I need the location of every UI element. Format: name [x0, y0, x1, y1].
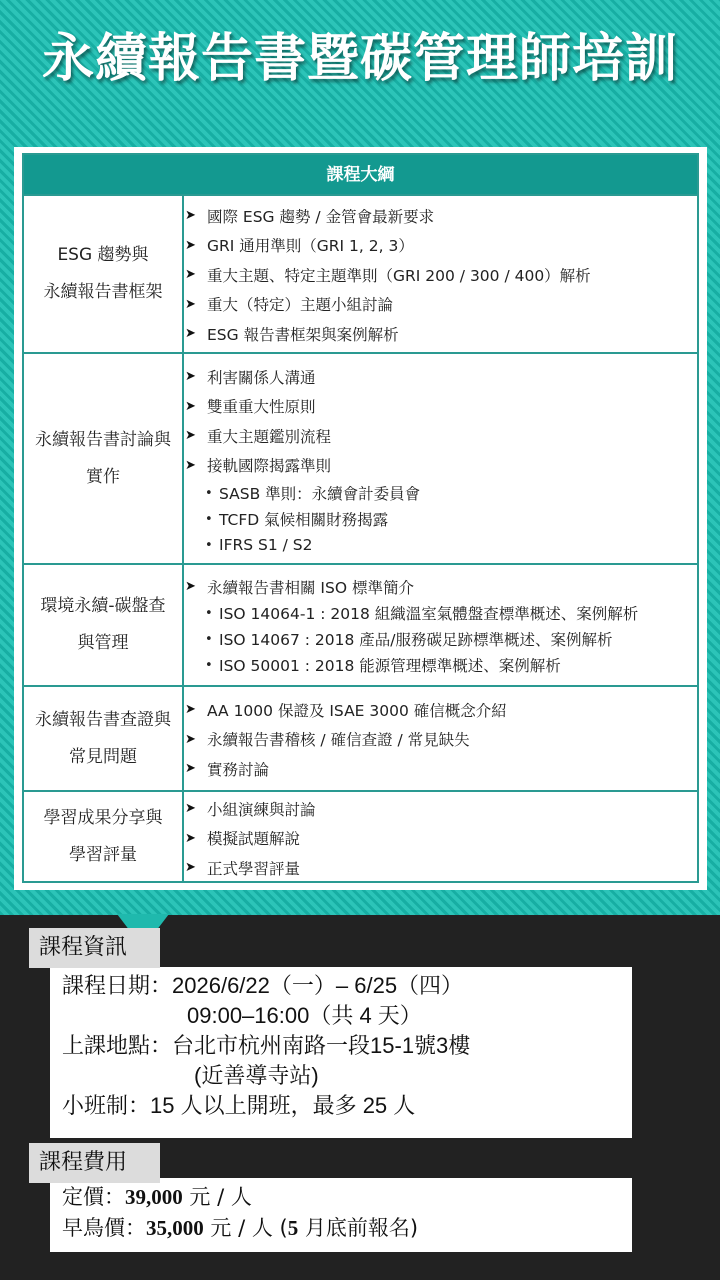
early-deadline-note: 月底前報名) — [298, 1216, 418, 1240]
row-items: ➤AA 1000 保證及 ISAE 3000 確信概念介紹 ➤永續報告書稽核 /… — [184, 687, 697, 790]
early-price-label: 早鳥價： — [62, 1216, 146, 1240]
row-items: ➤小組演練與討論 ➤模擬試題解說 ➤正式學習評量 — [184, 792, 697, 881]
list-subitem: •ISO 50001 : 2018 能源管理標準概述、案例解析 — [184, 652, 697, 678]
list-item-text: 重大主題、特定主題準則（GRI 200 / 300 / 400）解析 — [207, 264, 591, 286]
bullet-icon: • — [205, 632, 219, 647]
row-topic-line: 環境永續-碳盤查 — [40, 588, 165, 625]
syllabus-row: ESG 趨勢與 永續報告書框架 ➤國際 ESG 趨勢 / 金管會最新要求 ➤GR… — [24, 196, 697, 354]
list-item: ➤GRI 通用準則（GRI 1, 2, 3） — [184, 231, 697, 261]
list-item-text: ESG 報告書框架與案例解析 — [207, 323, 399, 345]
list-item: ➤實務討論 — [184, 754, 697, 784]
row-topic-line: ESG 趨勢與 — [57, 237, 148, 274]
bullet-icon: • — [205, 538, 219, 553]
class-size-line: 小班制：15 人以上開班，最多 25 人 — [62, 1091, 632, 1121]
row-topic-line: 學習成果分享與 — [44, 800, 163, 837]
chevron-right-icon: ➤ — [185, 761, 199, 776]
list-item: ➤國際 ESG 趨勢 / 金管會最新要求 — [184, 201, 697, 231]
chevron-right-icon: ➤ — [185, 860, 199, 875]
course-location-value: 台北市杭州南路一段15-1號3樓 — [172, 1033, 470, 1058]
syllabus-row: 永續報告書查證與 常見問題 ➤AA 1000 保證及 ISAE 3000 確信概… — [24, 687, 697, 792]
row-topic: ESG 趨勢與 永續報告書框架 — [24, 196, 184, 352]
list-item-text: 重大主題鑑別流程 — [207, 425, 331, 447]
list-item-text: ISO 14067 : 2018 產品/服務碳足跡標準概述、案例解析 — [219, 628, 613, 650]
list-item-text: 小組演練與討論 — [207, 798, 316, 820]
chevron-right-icon: ➤ — [185, 297, 199, 312]
chevron-right-icon: ➤ — [185, 458, 199, 473]
syllabus-row: 環境永續-碳盤查 與管理 ➤永續報告書相關 ISO 標準簡介 •ISO 1406… — [24, 565, 697, 687]
list-item-text: ISO 50001 : 2018 能源管理標準概述、案例解析 — [219, 654, 561, 676]
chevron-right-icon: ➤ — [185, 326, 199, 341]
row-topic: 永續報告書討論與 實作 — [24, 354, 184, 563]
list-item-text: IFRS S1 / S2 — [219, 536, 313, 554]
list-price-unit: 元 / 人 — [183, 1185, 252, 1209]
list-item-text: 重大（特定）主題小組討論 — [207, 293, 393, 315]
course-fee-label: 課程費用 — [29, 1143, 160, 1183]
list-item-text: 國際 ESG 趨勢 / 金管會最新要求 — [207, 205, 434, 227]
list-item: ➤接軌國際揭露準則 — [184, 451, 697, 481]
list-item: ➤永續報告書相關 ISO 標準簡介 — [184, 573, 697, 600]
list-item: ➤利害關係人溝通 — [184, 362, 697, 392]
course-location-line: 上課地點：台北市杭州南路一段15-1號3樓 — [62, 1031, 632, 1061]
list-item-text: TCFD 氣候相關財務揭露 — [219, 508, 388, 530]
list-subitem: •ISO 14067 : 2018 產品/服務碳足跡標準概述、案例解析 — [184, 626, 697, 652]
row-topic-line: 學習評量 — [69, 837, 137, 874]
course-time-line: 09:00–16:00（共 4 天） — [62, 1001, 632, 1031]
list-item-text: 永續報告書稽核 / 確信查證 / 常見缺失 — [207, 728, 470, 750]
syllabus-row: 永續報告書討論與 實作 ➤利害關係人溝通 ➤雙重重大性原則 ➤重大主題鑑別流程 … — [24, 354, 697, 565]
course-location-label: 上課地點： — [62, 1033, 172, 1058]
row-topic: 永續報告書查證與 常見問題 — [24, 687, 184, 790]
list-item-text: SASB 準則：永續會計委員會 — [219, 482, 420, 504]
list-item-text: 永續報告書相關 ISO 標準簡介 — [207, 576, 414, 598]
chevron-right-icon: ➤ — [185, 831, 199, 846]
course-date-value: 2026/6/22（一）– 6/25（四） — [172, 973, 463, 998]
list-price-label: 定價： — [62, 1185, 125, 1209]
chevron-right-icon: ➤ — [185, 579, 199, 594]
course-fee-box: 定價：39,000 元 / 人 早鳥價：35,000 元 / 人 (5 月底前報… — [50, 1178, 632, 1252]
row-topic-line: 永續報告書框架 — [44, 274, 163, 311]
class-size-text: 小班制：15 人以上開班，最多 25 人 — [62, 1093, 415, 1118]
bullet-icon: • — [205, 486, 219, 501]
bullet-icon: • — [205, 512, 219, 527]
list-item-text: AA 1000 保證及 ISAE 3000 確信概念介紹 — [207, 699, 507, 721]
bullet-icon: • — [205, 606, 219, 621]
list-item: ➤模擬試題解說 — [184, 824, 697, 854]
list-item: ➤ESG 報告書框架與案例解析 — [184, 319, 697, 349]
course-time-value: 09:00–16:00（共 4 天） — [187, 1003, 422, 1028]
list-item: ➤重大主題鑑別流程 — [184, 421, 697, 451]
row-items: ➤永續報告書相關 ISO 標準簡介 •ISO 14064-1 : 2018 組織… — [184, 565, 697, 685]
list-subitem: •ISO 14064-1 : 2018 組織溫室氣體盤查標準概述、案例解析 — [184, 600, 697, 626]
page-title: 永續報告書暨碳管理師培訓 — [0, 24, 720, 94]
row-items: ➤利害關係人溝通 ➤雙重重大性原則 ➤重大主題鑑別流程 ➤接軌國際揭露準則 •S… — [184, 354, 697, 563]
list-subitem: •IFRS S1 / S2 — [184, 532, 697, 558]
early-price-amount: 35,000 — [146, 1216, 204, 1240]
list-item: ➤雙重重大性原則 — [184, 392, 697, 422]
chevron-right-icon: ➤ — [185, 801, 199, 816]
list-item-text: GRI 通用準則（GRI 1, 2, 3） — [207, 234, 414, 256]
chevron-right-icon: ➤ — [185, 428, 199, 443]
list-item: ➤小組演練與討論 — [184, 794, 697, 824]
row-topic: 環境永續-碳盤查 與管理 — [24, 565, 184, 685]
list-item-text: ISO 14064-1 : 2018 組織溫室氣體盤查標準概述、案例解析 — [219, 602, 638, 624]
course-location-note-line: (近善導寺站) — [62, 1061, 632, 1091]
course-date-line: 課程日期：2026/6/22（一）– 6/25（四） — [62, 971, 632, 1001]
list-item: ➤重大（特定）主題小組討論 — [184, 290, 697, 320]
list-item: ➤AA 1000 保證及 ISAE 3000 確信概念介紹 — [184, 695, 697, 725]
chevron-right-icon: ➤ — [185, 208, 199, 223]
early-deadline-month: 5 — [288, 1216, 299, 1240]
chevron-right-icon: ➤ — [185, 238, 199, 253]
row-topic-line: 永續報告書查證與 — [35, 702, 171, 739]
chevron-right-icon: ➤ — [185, 732, 199, 747]
list-item-text: 正式學習評量 — [207, 857, 300, 879]
early-price-line: 早鳥價：35,000 元 / 人 (5 月底前報名) — [62, 1213, 632, 1244]
syllabus-header: 課程大綱 — [24, 155, 697, 196]
course-date-label: 課程日期： — [62, 973, 172, 998]
syllabus-card: 課程大綱 ESG 趨勢與 永續報告書框架 ➤國際 ESG 趨勢 / 金管會最新要… — [14, 147, 707, 890]
list-item: ➤永續報告書稽核 / 確信查證 / 常見缺失 — [184, 725, 697, 755]
course-location-note: (近善導寺站) — [194, 1063, 319, 1088]
row-topic-line: 常見問題 — [69, 739, 137, 776]
chevron-right-icon: ➤ — [185, 702, 199, 717]
list-item-text: 實務討論 — [207, 758, 269, 780]
course-info-label: 課程資訊 — [29, 928, 160, 968]
list-price-line: 定價：39,000 元 / 人 — [62, 1182, 632, 1213]
list-item: ➤重大主題、特定主題準則（GRI 200 / 300 / 400）解析 — [184, 260, 697, 290]
course-info-box: 課程日期：2026/6/22（一）– 6/25（四） 09:00–16:00（共… — [50, 967, 632, 1138]
early-price-unit: 元 / 人 ( — [204, 1216, 288, 1240]
row-topic-line: 與管理 — [78, 625, 129, 662]
list-item-text: 雙重重大性原則 — [207, 395, 316, 417]
row-topic-line: 實作 — [86, 459, 120, 496]
list-item-text: 利害關係人溝通 — [207, 366, 316, 388]
list-subitem: •TCFD 氣候相關財務揭露 — [184, 506, 697, 532]
list-item: ➤正式學習評量 — [184, 853, 697, 883]
list-item-text: 模擬試題解說 — [207, 827, 300, 849]
syllabus-row: 學習成果分享與 學習評量 ➤小組演練與討論 ➤模擬試題解說 ➤正式學習評量 — [24, 792, 697, 881]
chevron-right-icon: ➤ — [185, 399, 199, 414]
bullet-icon: • — [205, 658, 219, 673]
list-price-amount: 39,000 — [125, 1185, 183, 1209]
list-subitem: •SASB 準則：永續會計委員會 — [184, 480, 697, 506]
row-topic: 學習成果分享與 學習評量 — [24, 792, 184, 881]
list-item-text: 接軌國際揭露準則 — [207, 454, 331, 476]
row-topic-line: 永續報告書討論與 — [35, 422, 171, 459]
chevron-right-icon: ➤ — [185, 267, 199, 282]
chevron-right-icon: ➤ — [185, 369, 199, 384]
syllabus-table: 課程大綱 ESG 趨勢與 永續報告書框架 ➤國際 ESG 趨勢 / 金管會最新要… — [22, 153, 699, 883]
row-items: ➤國際 ESG 趨勢 / 金管會最新要求 ➤GRI 通用準則（GRI 1, 2,… — [184, 196, 697, 352]
